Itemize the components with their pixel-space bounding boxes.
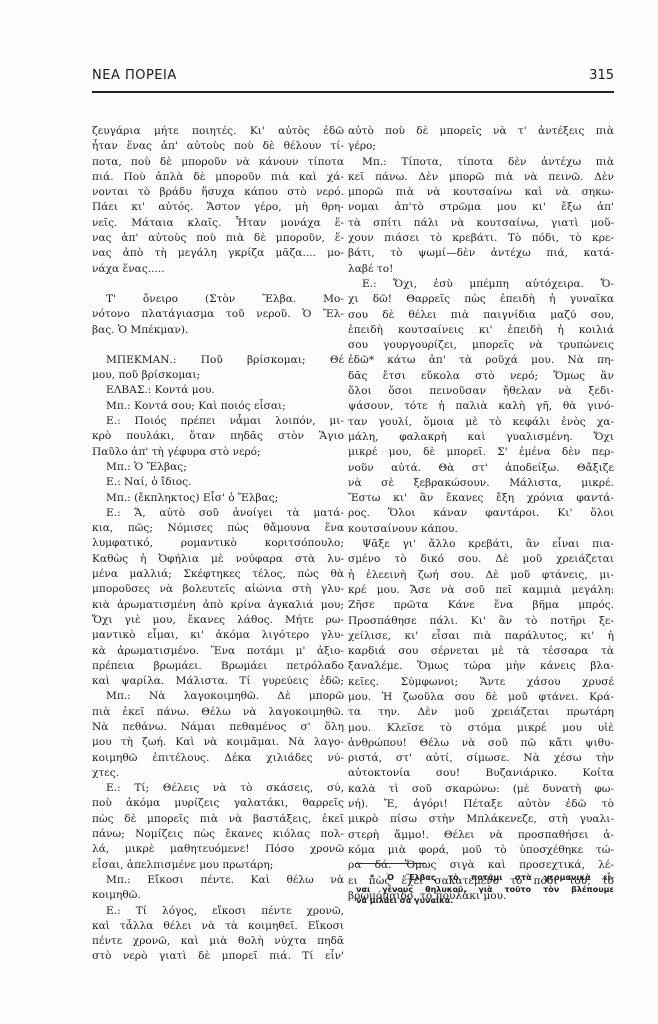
text-line: Ε.: Ναί, ὁ ἴδιος. [92,475,344,490]
text-line: κιὰ ἀρωματισμένη ἀπὸ κρίνα ἀγκαλιά μου; [92,598,344,613]
text-line: κεῖ πάνω. Δὲν μπορῶ πιὰ νὰ πεινῶ. Δὲν [348,170,614,185]
text-line: ζευγάρια μήτε ποιητές. Κι' αὐτὸς ἐδῶ [92,124,344,139]
text-line: ταν γουλί, ὅμοια μὲ τὸ κεφάλι ἑνὸς χα- [348,415,614,430]
text-line: στὸ νερὸ γιατὶ δὲ μπορεῖ πιά. Τί εἶν' [92,949,344,964]
text-line: νοῦν αὐτά. Θὰ στ' ἀποδείξω. Θἄξιζε [348,461,614,476]
text-line: μπορῶ πιὰ νὰ κουτσαίνω καὶ νὰ σηκω- [348,185,614,200]
text-line: ὅλοι ὅσοι πεινοῦσαν ἤθελαν νὰ ξεδι- [348,384,614,399]
text-line: Ψᾶξε γι' ἄλλο κρεβάτι, ἂν εἶναι πια- [348,537,614,552]
text-line: κρὸ πουλάκι, ὅταν πηδᾶς στὸν Ἅγιο [92,429,344,444]
text-line: κια, πῶς; Νόμισες πὼς θἄμουνα ἕνα [92,521,344,536]
text-line: κοιμηθῶ. [92,888,344,903]
text-line: νας ἀπ' αὐτοὺς ποὺ πιὰ δὲ μποροῦν, ἕ- [92,231,344,246]
text-line: σου δὲ θέλει πιὰ παιγνίδια μαζύ σου, [348,308,614,323]
text-line: Πάει κι' αὐτός. Ἄστον γέρο, μὴ θρη- [92,200,344,215]
text-line: ριστά, στ' αὐτί, σίμωσε. Νὰ χέσω τὴν [348,751,614,766]
text-line: νας ἀπὸ τὴ μεγάλη γκρίζα μᾶζα.... μο- [92,246,344,261]
text-line: εἶσαι, ἀπελπισμένε μου πρωτάρη; [92,858,344,873]
text-line: Παῦλο ἀπ' τὴ γέφυρα στὸ νερό; [92,445,344,460]
text-line: Ε.: Τί λόγος, εἴκοσι πέντε χρονῶ, [92,904,344,919]
text-line: Τ' ὄνειρο (Στὸν Ἔλβα. Μο- [92,292,344,307]
text-line: πάνω; Νομίζεις πὼς ἔκανες κιόλας πολ- [92,827,344,842]
text-line: πὼς δὲ μπορεῖς πιὰ νὰ βαστάξεις, ἐκεῖ [92,812,344,827]
text-line: πρέπεια βρωμάει. Βρωμάει πετρόλαδο [92,659,344,674]
text-line: νεῖς. Μάταια κλαῖς. Ἦταν μονάχα ἕ- [92,216,344,231]
text-line: κεῖες. Σύμφωνοι; Ἄντε χάσου χρυσέ [348,675,614,690]
text-line: Ε.: Ὄχι, ἐσὺ μπέμπη αὐτόχειρα. Ὄ- [348,277,614,292]
text-line: ψάσουν, τότε ἡ παλιὰ καλὴ γῆ, θὰ γινό- [348,399,614,414]
paragraph-gap [92,277,344,292]
footnote-rule [356,863,426,864]
text-line: στερὴ ἄμμο!. Θέλει νὰ προσπαθήσει ἀ- [348,828,614,843]
text-line: μικρὸ πίσω στὴν Μπλάκενεζε, στὴ γυαλι- [348,812,614,827]
text-line: ρος. Ὅλοι κάναν φαντάροι. Κι' ὅλοι [348,506,614,521]
text-line: νή). Ἔ, ἀγόρι! Πέταξε αὐτὸν ἐδῶ τὸ [348,797,614,812]
text-line: αὐτὸ ποὺ δὲ μπορεῖς νὰ τ' ἀντέξεις πιὰ [348,124,614,139]
text-line: Ε.: Ποιός πρέπει νἆμαι λοιπόν, μι- [92,414,344,429]
text-line: κόμα μιὰ φορά, μοῦ τὸ ὑποσχέθηκε τώ- [348,843,614,858]
text-line: χείλισε, κι' εἶσαι πιὰ παράλυτος, κι' ἡ [348,629,614,644]
right-column: αὐτὸ ποὺ δὲ μπορεῖς νὰ τ' ἀντέξεις πιὰγέ… [348,124,614,904]
text-line: ποὺ ἀκόμα μυρίζεις γαλατάκι, θαρρεῖς [92,796,344,811]
text-line: νάχα ἕνας..... [92,262,344,277]
text-line: ἀνθρώπου! Θέλω νὰ σοῦ πῶ κἄτι ψιθυ- [348,736,614,751]
text-line: λαβέ το! [348,262,614,277]
text-line: Ε.: Τί; Θέλεις νὰ τὸ σκάσεις, σύ, [92,781,344,796]
text-line: μου. Ἡ ζωοῦλα σου δὲ μοῦ φτάνει. Κρά- [348,690,614,705]
text-line: πέντε χρονῶ, καὶ μιὰ θολὴ νύχτα πηδᾶ [92,934,344,949]
text-line: νὰ μιλάει σὰ γυναίκα. [356,895,614,907]
text-line: Καθὼς ἡ Ὀφήλια μὲ νούφαρα στὰ λυ- [92,552,344,567]
text-line: ναι γένους θηλυκοῦ, γιὰ τοῦτο τὸν βλέπου… [356,884,614,896]
text-line: ἐδῶ* κάτω ἀπ' τὰ ροῦχά μου. Νὰ πη- [348,353,614,368]
text-line: Μπ.: (ἔκπληκτος) Εἶσ' ὁ Ἔλβας; [92,491,344,506]
text-line: μποροῦσες νὰ βολευτεῖς αἰώνια στὴ γλυ- [92,582,344,597]
text-line: Μπ.: Τίποτα, τίποτα δὲν ἀντέχω πιὰ [348,155,614,170]
text-line: χτες. [92,766,344,781]
text-line: καρδιά σου σέρνεται μὲ τὰ τέσσαρα τὰ [348,644,614,659]
text-line: σου γουργουρίζει, μπορεῖς νὰ τρυπώνεις [348,338,614,353]
text-line: γέρο; [348,139,614,154]
text-line: μένα μαλλιά; Σκέφτηκες τέλος, πὼς θὰ [92,567,344,582]
text-line: βας. Ὁ Μπέκμαν). [92,323,344,338]
text-line: σμένο τὸ δικό σου. Δὲ μοῦ χρειάζεται [348,552,614,567]
text-line: ἡ ἐλεεινὴ ζωή σου. Δὲ μοῦ φτάνεις, μι- [348,568,614,583]
text-line: Ὄχι γιὲ μου, ἔκανες λάθος. Μήτε ρω- [92,613,344,628]
text-line: ΜΠΕΚΜΑΝ.: Ποῦ βρίσκομαι; Θέ [92,353,344,368]
page-number: 315 [589,68,614,83]
text-line: Προσπάθησε πάλι. Κι' ἂν τὸ ποτῆρι ξε- [348,614,614,629]
text-line: * Ὁ Ἔλβας τὸ ποτάμι στὰ γερμανικὰ εἶ- [356,872,614,884]
text-line: ποτα, ποὺ δὲ μποροῦν νὰ κάνουν τίποτα [92,155,344,170]
text-line: κοιμηθῶ ἐπιτέλους. Δέκα χιλιάδες νύ- [92,751,344,766]
paragraph-gap [92,338,344,353]
text-line: καὶ ψαρίλα. Μάλιστα. Τί γυρεύεις ἐδῶ; [92,674,344,689]
text-line: ΕΛΒΑΣ.: Κοντά μου. [92,383,344,398]
text-line: ξαναλέμε. Ὅμως τώρα μὴν κάνεις βλα- [348,659,614,674]
text-line: δᾶς ἔτσι εὔκολα στὸ νερό; Ὅμως ἂν [348,369,614,384]
text-line: μαντικὸ εἶμαι, κι' ἀκόμα λιγότερο γλυ- [92,628,344,643]
text-line: αὐτοκτονία σου! Βυζανιάρικο. Κοίτα [348,766,614,781]
text-line: Νὰ πεθάνω. Νάμαι πεθαμένος σ' ὅλη [92,720,344,735]
page-header: ΝΕΑ ΠΟΡΕΙΑ 315 [92,68,614,88]
text-line: ἦταν ἕνας ἀπ' αὐτοὺς ποὺ δὲ θέλουν τί- [92,139,344,154]
text-line: Μπ.: Εἴκοσι πέντε. Καὶ θέλω νὰ [92,873,344,888]
text-line: μου, ποῦ βρίσκομαι; [92,368,344,383]
text-line: πιὰ ἐκεῖ πάνω. Θέλω νὰ λαγοκοιμηθῶ. [92,705,344,720]
text-line: κουτσαίνουν κάπου. [348,522,614,537]
running-title: ΝΕΑ ΠΟΡΕΙΑ [92,68,177,83]
text-line: Ε.: Ἄ, αὐτὸ σοῦ ἀνοίγει τὰ ματά- [92,506,344,521]
text-line: καλὰ τὶ σοῦ σκαρώνω: (μὲ δυνατὴ φω- [348,782,614,797]
text-line: μάλη, φαλακρὴ καὶ γυαλισμένη. Ὄχι [348,430,614,445]
left-column: ζευγάρια μήτε ποιητές. Κι' αὐτὸς ἐδῶἦταν… [92,124,344,965]
text-line: Μπ.: Νὰ λαγοκοιμηθῶ. Δὲ μπορῶ [92,689,344,704]
text-line: Ἔστω κι' ἂν ἔκανες ἔξη χρόνια φαντά- [348,491,614,506]
header-rule [92,91,614,93]
text-line: χι δῶ! Θαρρεῖς πὼς ἐπειδὴ ἡ γυναῖκα [348,292,614,307]
text-line: μου τὴ ζωή. Καὶ νὰ κοιμᾶμαι. Νὰ λαγο- [92,735,344,750]
text-line: κρέ μου. Ἄσε νὰ σοῦ πεῖ καμμιὰ μεγάλη: [348,583,614,598]
text-line: Μπ.: Κοντά σου; Καὶ ποιός εἶσαι; [92,399,344,414]
text-line: τα την. Δὲν μοῦ χρειάζεται πρωτάρη [348,705,614,720]
text-line: νὰ σὲ ξεβρακώσουν. Μάλιστα, μικρέ. [348,476,614,491]
text-line: νομαι ἀπ'τὸ στρῶμα μου κι' ἔξω ἀπ' [348,200,614,215]
text-line: χουν πιάσει τὸ κρεβάτι. Τὸ πόδι, τὸ κρε- [348,231,614,246]
text-line: κὰ ἀρωματισμένο. Ἕνα ποτάμι μ' ἀξιο- [92,644,344,659]
text-line: νότονο πλατάγιασμα τοῦ νεροῦ. Ὁ Ἔλ- [92,307,344,322]
text-line: Ζῆσε πρῶτα Κάνε ἕνα βῆμα μπρός. [348,598,614,613]
text-line: ἐπειδὴ κουτσαίνεις κι' ἐπειδὴ ἡ κοιλιά [348,323,614,338]
text-line: μικρέ μου, δὲ μπορεῖ. Σ' ἐμένα δὲν περ- [348,445,614,460]
text-line: βάτι, τὸ ψωμί—δὲν ἀντέχω πιά, κατά- [348,246,614,261]
text-line: λά, μικρὲ μαθητευόμενε! Πόσο χρονῶ [92,842,344,857]
text-line: πιά. Ποὺ ἁπλὰ δὲ μποροῦν πιὰ καὶ χά- [92,170,344,185]
text-line: νονται τὸ βράδυ ἥσυχα κάπου στὸ νερό. [92,185,344,200]
document-page: ΝΕΑ ΠΟΡΕΙΑ 315 ζευγάρια μήτε ποιητές. Κι… [0,0,658,1024]
text-line: Μπ.: Ὁ Ἔλβας; [92,460,344,475]
text-line: μου. Κλεῖσε τὸ στόμα μικρέ μου υἱὲ [348,721,614,736]
text-line: τὰ σπίτι πάλι νὰ κουτσαίνω, γιατὶ μοὔ- [348,216,614,231]
text-line: λυμφατικό, ρομαντικὸ κοριτσόπουλο; [92,536,344,551]
text-line: καὶ τἆλλα θέλει νὰ τὰ κοιμηθεῖ. Εἴκοσι [92,919,344,934]
footnote: * Ὁ Ἔλβας τὸ ποτάμι στὰ γερμανικὰ εἶ-ναι… [356,872,614,907]
